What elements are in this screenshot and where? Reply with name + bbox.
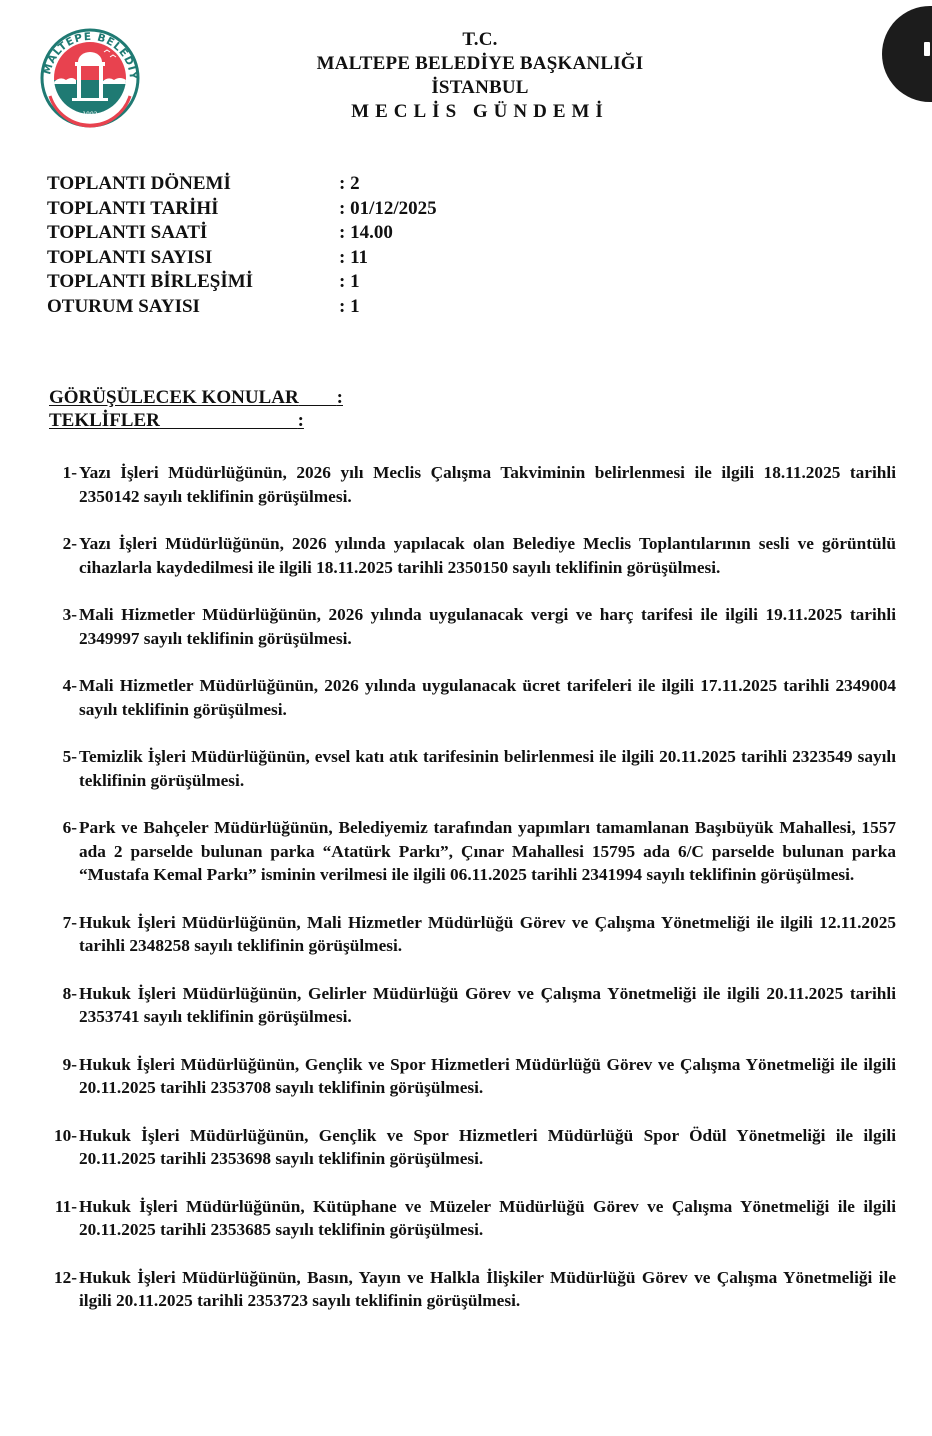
meeting-info-label: TOPLANTI SAATİ bbox=[47, 221, 339, 246]
agenda-item-text: Hukuk İşleri Müdürlüğünün, Basın, Yayın … bbox=[79, 1266, 896, 1313]
topics-heading-colon: : bbox=[337, 387, 343, 408]
agenda-item-number: 9- bbox=[44, 1053, 79, 1100]
agenda-item-text: Park ve Bahçeler Müdürlüğünün, Belediyem… bbox=[79, 816, 896, 887]
agenda-item: 6- Park ve Bahçeler Müdürlüğünün, Beledi… bbox=[44, 816, 896, 887]
meeting-info-row: TOPLANTI DÖNEMİ : 2 bbox=[47, 172, 437, 197]
agenda-item-number: 2- bbox=[44, 532, 79, 579]
more-icon bbox=[924, 42, 930, 56]
agenda-item: 12- Hukuk İşleri Müdürlüğünün, Basın, Ya… bbox=[44, 1266, 896, 1313]
agenda-item-number: 11- bbox=[36, 1195, 79, 1242]
agenda-item: 3- Mali Hizmetler Müdürlüğünün, 2026 yıl… bbox=[44, 603, 896, 650]
meeting-info-value: : 2 bbox=[339, 172, 360, 197]
agenda-item-number: 3- bbox=[44, 603, 79, 650]
agenda-item-text: Mali Hizmetler Müdürlüğünün, 2026 yılınd… bbox=[79, 603, 896, 650]
header-institution: MALTEPE BELEDİYE BAŞKANLIĞI bbox=[240, 52, 720, 76]
agenda-item-number: 6- bbox=[44, 816, 79, 887]
meeting-info: TOPLANTI DÖNEMİ : 2 TOPLANTI TARİHİ : 01… bbox=[47, 172, 437, 319]
agenda-item-number: 10- bbox=[36, 1124, 79, 1171]
agenda-item-text: Yazı İşleri Müdürlüğünün, 2026 yılı Mecl… bbox=[79, 461, 896, 508]
meeting-info-label: TOPLANTI TARİHİ bbox=[47, 197, 339, 222]
meeting-info-label: OTURUM SAYISI bbox=[47, 295, 339, 320]
agenda-item-number: 12- bbox=[36, 1266, 79, 1313]
svg-text:1992: 1992 bbox=[82, 111, 97, 118]
meeting-info-value: : 01/12/2025 bbox=[339, 197, 437, 222]
topics-heading: GÖRÜŞÜLECEK KONULAR : bbox=[49, 386, 343, 409]
meeting-info-value: : 1 bbox=[339, 295, 360, 320]
agenda-item-text: Temizlik İşleri Müdürlüğünün, evsel katı… bbox=[79, 745, 896, 792]
section-headings: GÖRÜŞÜLECEK KONULAR : TEKLİFLER : bbox=[49, 386, 343, 432]
agenda-item-text: Hukuk İşleri Müdürlüğünün, Gençlik ve Sp… bbox=[79, 1124, 896, 1171]
meeting-info-label: TOPLANTI SAYISI bbox=[47, 246, 339, 271]
meeting-info-value: : 14.00 bbox=[339, 221, 393, 246]
agenda-item-number: 8- bbox=[44, 982, 79, 1029]
agenda-item-text: Yazı İşleri Müdürlüğünün, 2026 yılında y… bbox=[79, 532, 896, 579]
agenda-item: 9- Hukuk İşleri Müdürlüğünün, Gençlik ve… bbox=[44, 1053, 896, 1100]
topics-heading-label: GÖRÜŞÜLECEK KONULAR bbox=[49, 387, 299, 408]
meeting-info-value: : 1 bbox=[339, 270, 360, 295]
agenda-item-number: 1- bbox=[44, 461, 79, 508]
maltepe-emblem-icon: MALTEPE BELEDİYESİ 1992 bbox=[36, 22, 144, 130]
meeting-info-row: TOPLANTI TARİHİ : 01/12/2025 bbox=[47, 197, 437, 222]
agenda-item-text: Hukuk İşleri Müdürlüğünün, Mali Hizmetle… bbox=[79, 911, 896, 958]
agenda-item: 5- Temizlik İşleri Müdürlüğünün, evsel k… bbox=[44, 745, 896, 792]
agenda-item: 11- Hukuk İşleri Müdürlüğünün, Kütüphane… bbox=[44, 1195, 896, 1242]
agenda-item: 8- Hukuk İşleri Müdürlüğünün, Gelirler M… bbox=[44, 982, 896, 1029]
document-header: T.C. MALTEPE BELEDİYE BAŞKANLIĞI İSTANBU… bbox=[240, 28, 720, 124]
meeting-info-label: TOPLANTI DÖNEMİ bbox=[47, 172, 339, 197]
meeting-info-row: TOPLANTI SAATİ : 14.00 bbox=[47, 221, 437, 246]
header-city: İSTANBUL bbox=[240, 76, 720, 100]
floating-action-button[interactable] bbox=[882, 6, 932, 102]
proposals-heading-colon: : bbox=[298, 410, 304, 431]
agenda-item-number: 5- bbox=[44, 745, 79, 792]
meeting-info-value: : 11 bbox=[339, 246, 368, 271]
agenda-items: 1- Yazı İşleri Müdürlüğünün, 2026 yılı M… bbox=[44, 461, 896, 1337]
proposals-heading-label: TEKLİFLER bbox=[49, 410, 160, 431]
agenda-item-text: Hukuk İşleri Müdürlüğünün, Gelirler Müdü… bbox=[79, 982, 896, 1029]
agenda-item-text: Hukuk İşleri Müdürlüğünün, Gençlik ve Sp… bbox=[79, 1053, 896, 1100]
agenda-item: 7- Hukuk İşleri Müdürlüğünün, Mali Hizme… bbox=[44, 911, 896, 958]
agenda-item-text: Hukuk İşleri Müdürlüğünün, Kütüphane ve … bbox=[79, 1195, 896, 1242]
agenda-item-number: 7- bbox=[44, 911, 79, 958]
agenda-item: 4- Mali Hizmetler Müdürlüğünün, 2026 yıl… bbox=[44, 674, 896, 721]
agenda-item: 10- Hukuk İşleri Müdürlüğünün, Gençlik v… bbox=[44, 1124, 896, 1171]
municipality-logo: MALTEPE BELEDİYESİ 1992 bbox=[36, 22, 144, 130]
agenda-item: 1- Yazı İşleri Müdürlüğünün, 2026 yılı M… bbox=[44, 461, 896, 508]
agenda-item-number: 4- bbox=[44, 674, 79, 721]
agenda-item-text: Mali Hizmetler Müdürlüğünün, 2026 yılınd… bbox=[79, 674, 896, 721]
header-country: T.C. bbox=[240, 28, 720, 52]
meeting-info-row: TOPLANTI SAYISI : 11 bbox=[47, 246, 437, 271]
proposals-heading: TEKLİFLER : bbox=[49, 409, 343, 432]
meeting-info-label: TOPLANTI BİRLEŞİMİ bbox=[47, 270, 339, 295]
meeting-info-row: TOPLANTI BİRLEŞİMİ : 1 bbox=[47, 270, 437, 295]
meeting-info-row: OTURUM SAYISI : 1 bbox=[47, 295, 437, 320]
agenda-item: 2- Yazı İşleri Müdürlüğünün, 2026 yılınd… bbox=[44, 532, 896, 579]
header-agenda-title: MECLİS GÜNDEMİ bbox=[240, 100, 720, 124]
